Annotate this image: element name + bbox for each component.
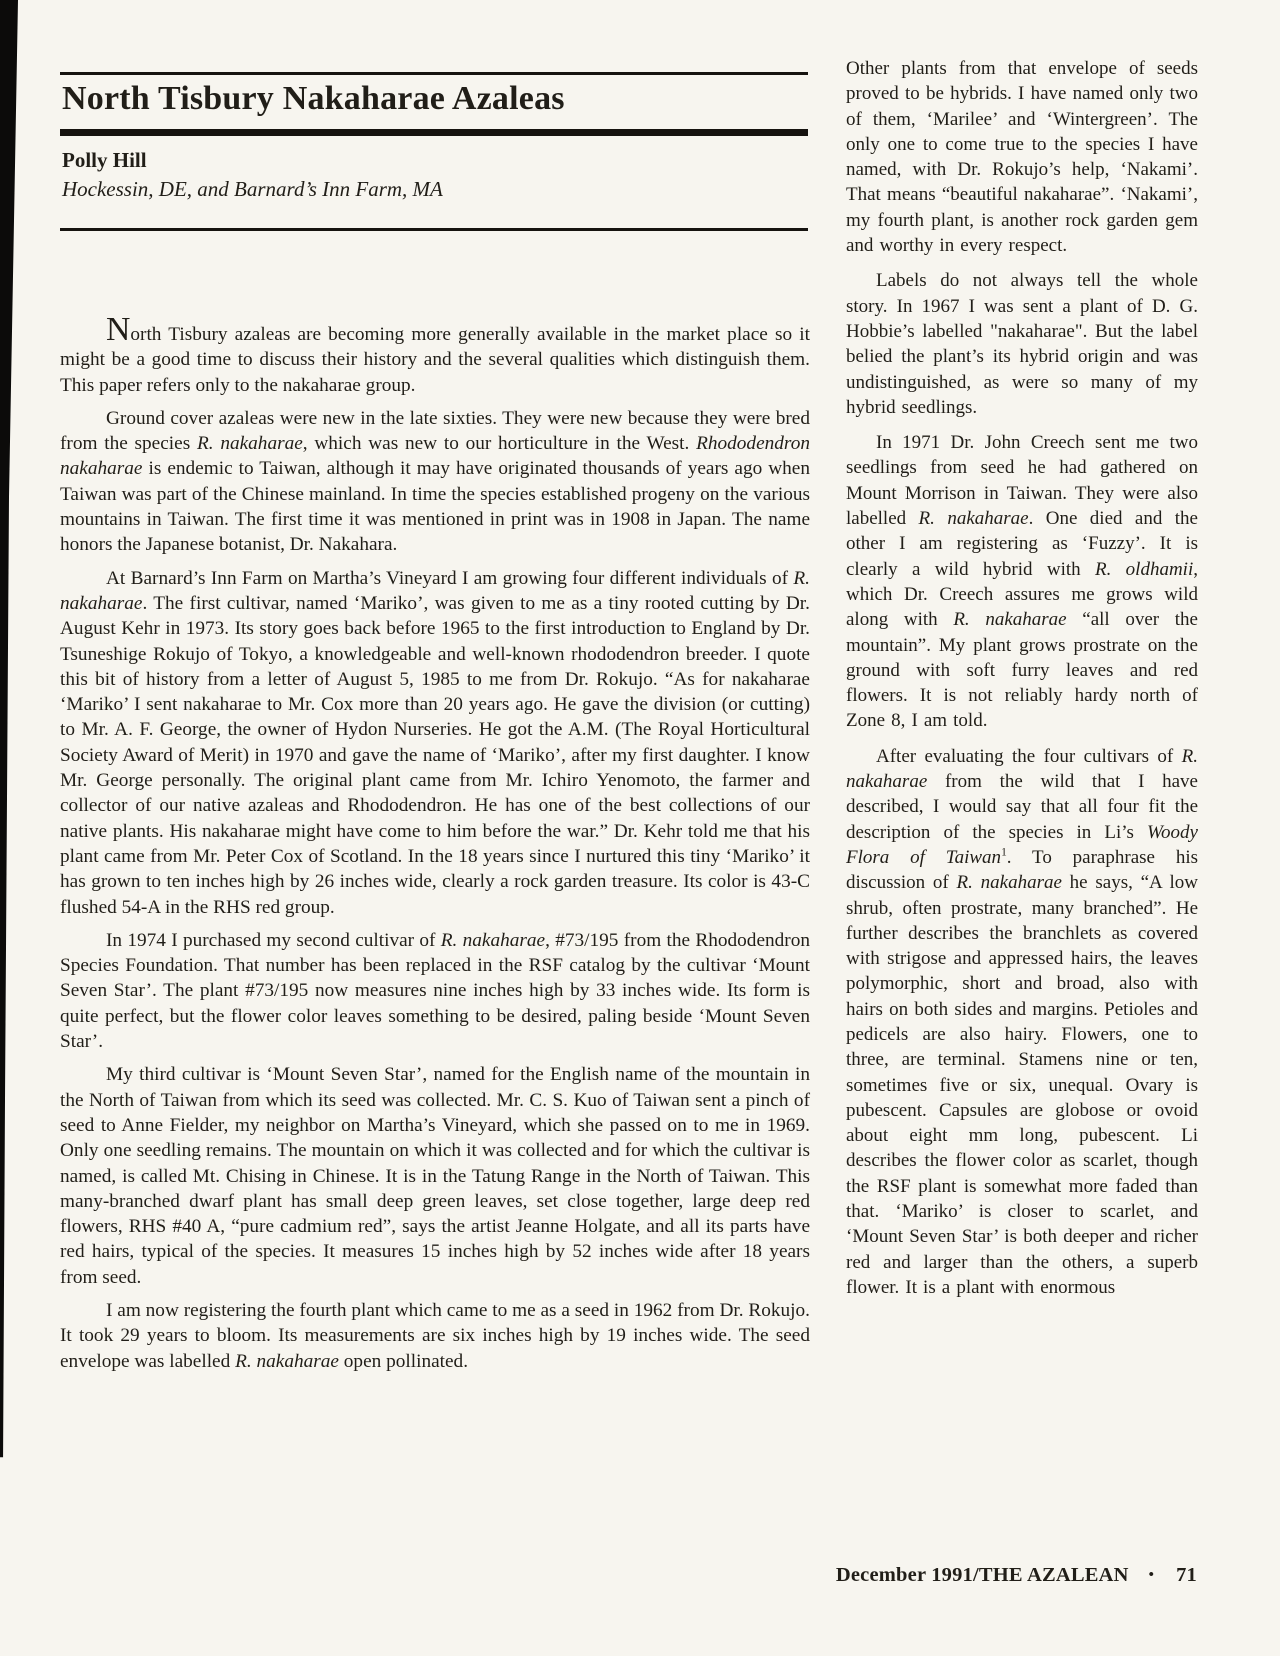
scanned-article-page: North Tisbury Nakaharae Azaleas Polly Hi… xyxy=(0,0,1280,1656)
article-paragraph: Ground cover azaleas were new in the lat… xyxy=(60,406,810,558)
author-name: Polly Hill xyxy=(62,148,147,173)
article-paragraph: My third cultivar is ‘Mount Seven Star’,… xyxy=(60,1062,810,1290)
article-paragraph: After evaluating the four cultivars of R… xyxy=(846,744,1198,1301)
author-affiliation: Hockessin, DE, and Barnard’s Inn Farm, M… xyxy=(62,177,443,202)
article-paragraph: In 1971 Dr. John Creech sent me two seed… xyxy=(846,430,1198,734)
article-paragraph: I am now registering the fourth plant wh… xyxy=(60,1298,810,1374)
masthead-rule-bottom xyxy=(60,228,808,231)
article-paragraph: Other plants from that envelope of seeds… xyxy=(846,56,1198,258)
scan-gutter-shadow xyxy=(0,0,18,1656)
masthead-rule-top xyxy=(60,72,808,75)
footer-bullet: • xyxy=(1149,1567,1154,1584)
article-paragraph: Labels do not always tell the whole stor… xyxy=(846,268,1198,420)
article-paragraph: In 1974 I purchased my second cultivar o… xyxy=(60,928,810,1054)
page-footer: December 1991/THE AZALEAN•71 xyxy=(60,1564,1197,1587)
article-title: North Tisbury Nakaharae Azaleas xyxy=(62,80,808,118)
article-paragraph: North Tisbury azaleas are becoming more … xyxy=(60,322,810,398)
right-column: Other plants from that envelope of seeds… xyxy=(846,56,1198,1310)
left-column: North Tisbury azaleas are becoming more … xyxy=(60,322,810,1382)
footer-issue-label: December 1991/THE AZALEAN xyxy=(836,1564,1129,1586)
footer-page-number: 71 xyxy=(1176,1564,1197,1586)
article-paragraph: At Barnard’s Inn Farm on Martha’s Vineya… xyxy=(60,566,810,920)
masthead-rule-thick xyxy=(60,129,808,136)
